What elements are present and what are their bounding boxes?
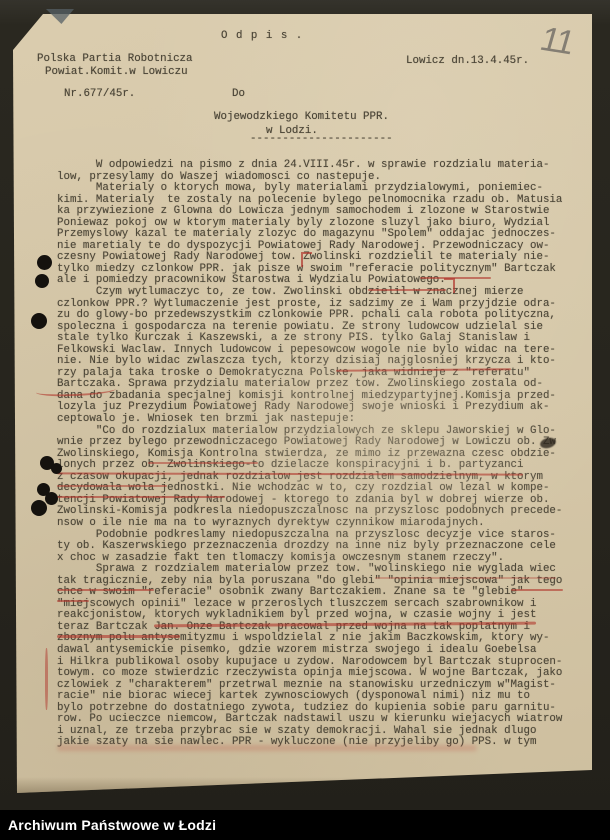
red-underline-mark [57, 485, 167, 487]
red-smudge-mark [57, 745, 477, 751]
red-margin-line-mark [45, 648, 48, 710]
red-underline-mark [57, 496, 225, 498]
ink-blot [51, 463, 62, 474]
ink-blot [35, 274, 49, 288]
red-underline-mark [148, 462, 258, 464]
sender-org-line2: Powiat.Komit.w Lowiczu [45, 66, 188, 78]
date-line: Lowicz dn.13.4.45r. [406, 55, 529, 67]
red-underline-mark [57, 635, 180, 638]
ink-blot [45, 492, 58, 505]
red-underline-mark [368, 289, 446, 291]
red-underline-mark [511, 589, 563, 591]
red-underline-mark [375, 577, 556, 579]
red-bracket-close-mark [444, 278, 455, 293]
ink-blot [31, 313, 47, 329]
archival-scan: O d p i s . Polska Partia Robotnicza Pow… [0, 0, 610, 840]
red-bracket-open-mark [301, 252, 312, 267]
to-label: Do [232, 88, 245, 100]
red-underline-mark [420, 277, 491, 279]
red-underline-mark [57, 600, 89, 602]
sender-org-line1: Polska Partia Robotnicza [37, 53, 193, 65]
recipient-line1: Wojewodzkiego Komitetu PPR. [214, 111, 389, 123]
recipient-underline: ---------------------- [250, 133, 393, 145]
archive-watermark-label: Archiwum Państwowe w Łodzi [8, 817, 216, 833]
copy-heading: O d p i s . [221, 30, 303, 42]
red-underline-mark [57, 589, 154, 591]
reference-number: Nr.677/45r. [64, 88, 135, 100]
ink-blot [31, 500, 47, 516]
archive-watermark-bar: Archiwum Państwowe w Łodzi [0, 810, 610, 840]
ink-blot [37, 255, 52, 270]
letter-body: W odpowiedzi na pismo z dnia 24.VIII.45r… [57, 160, 562, 749]
